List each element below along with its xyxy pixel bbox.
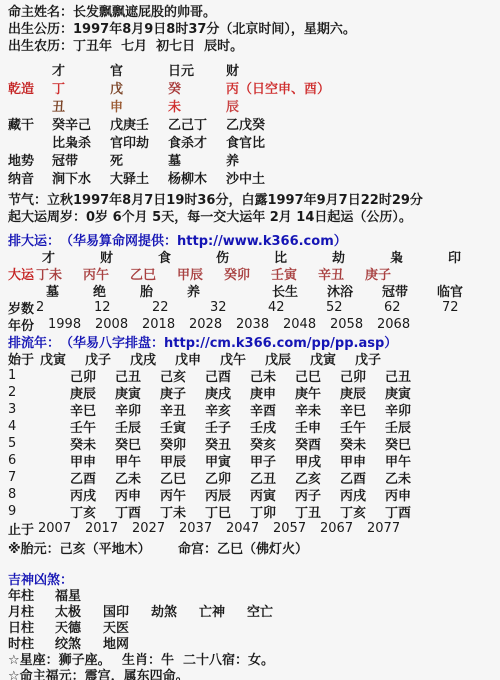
liunian-title-line: 排流年：（华易八字排盘：http://cm.k366.com/pp/pp.asp… xyxy=(8,333,500,350)
stem-cells: 丁戊癸丙（日空申、酉） xyxy=(52,78,330,97)
year-value: 1998 xyxy=(48,317,95,332)
year-value: 2068 xyxy=(377,317,424,332)
canggan-shishen: 食杀才 xyxy=(168,132,226,151)
branch: 未 xyxy=(168,96,226,115)
qiyun-line: 起大运周岁：0岁 6个月 5天，每一交大运年 2月 14日起运（公历）。 xyxy=(8,207,500,224)
canggan: 癸辛己 xyxy=(52,114,110,133)
branches-row: 丑申未辰 xyxy=(8,96,500,114)
jishen-item: 亡神 xyxy=(199,601,247,620)
mingzhu-text: ☆命主福元：震宫，属东四命。 xyxy=(8,665,189,680)
nayin: 杨柳木 xyxy=(168,168,226,187)
stems-row: 乾造丁戊癸丙（日空申、酉） xyxy=(8,78,500,96)
year-value: 2038 xyxy=(236,317,283,332)
stem: 癸 xyxy=(168,78,226,97)
liunian-end-row: 止于20072017202720372047205720672077 xyxy=(8,520,500,537)
stem: 丙（日空申、酉） xyxy=(226,78,330,97)
header-line-name: 命主姓名：长发飘飘遮屁股的帅哥。 xyxy=(8,2,500,19)
dayun-dishi: 长生 xyxy=(272,281,327,300)
age-value: 52 xyxy=(326,300,384,315)
pillar-shishen: 才 xyxy=(52,60,110,79)
header-line-lunar: 出生农历：丁丑年 七月 初七日 辰时。 xyxy=(8,36,500,53)
liunian-pillar: 丁亥 xyxy=(340,502,385,521)
dishi-cells: 冠带死墓养 xyxy=(52,150,284,169)
year-value: 2008 xyxy=(95,317,142,332)
qianzao-label: 乾造 xyxy=(8,78,52,97)
row-number: 1 xyxy=(8,368,70,383)
start-label: 始于 xyxy=(8,349,40,368)
stem: 戊 xyxy=(110,78,168,97)
dayun-dishi: 冠带 xyxy=(382,281,437,300)
canggan: 乙己丁 xyxy=(168,114,226,133)
nayin-cells: 涧下水大驿土杨柳木沙中土 xyxy=(52,168,284,187)
dishi: 冠带 xyxy=(52,150,110,169)
year-value: 2058 xyxy=(330,317,377,332)
bazi-report-page: 命主姓名：长发飘飘遮屁股的帅哥。 出生公历：1997年8月9日8时37分（北京时… xyxy=(0,0,500,680)
dishi: 死 xyxy=(110,150,168,169)
liunian-pillar: 丁亥 xyxy=(70,502,115,521)
pillar-shishen: 日元 xyxy=(168,60,226,79)
canggan-shishen: 比枭杀 xyxy=(52,132,110,151)
end-year: 2077 xyxy=(367,521,414,536)
end-year: 2067 xyxy=(320,521,367,536)
liunian-row-2: 2庚辰庚寅庚子庚戌庚申庚午庚辰庚寅 xyxy=(8,384,500,401)
stem: 丁 xyxy=(52,78,110,97)
nayin: 沙中土 xyxy=(226,168,284,187)
dishi: 墓 xyxy=(168,150,226,169)
dayun-dishi: 墓 xyxy=(46,281,93,300)
lunar-value: 丁丑年 七月 初七日 辰时。 xyxy=(73,35,243,54)
dayun-dishi: 养 xyxy=(187,281,234,300)
year-value: 2018 xyxy=(142,317,189,332)
liunian-pillar: 丁丑 xyxy=(295,502,340,521)
end-cells: 20072017202720372047205720672077 xyxy=(38,521,414,536)
dayun-dishi-cells: 墓绝胎养长生沐浴冠带临官 xyxy=(46,281,492,300)
dayun-year-row: 年份19982008201820282038204820582068 xyxy=(8,316,500,333)
end-year: 2027 xyxy=(132,521,179,536)
liunian-row-6: 6甲申甲午甲辰甲寅甲子甲戌甲申甲午 xyxy=(8,452,500,469)
liunian-cells: 丁亥丁酉丁未丁巳丁卯丁丑丁亥丁酉 xyxy=(70,502,430,521)
canggan-shishen-cells: 比枭杀官印劫食杀才食官比 xyxy=(52,132,284,151)
lunar-label: 出生农历： xyxy=(8,35,73,54)
liunian-pillar: 丁酉 xyxy=(385,502,430,521)
canggan-label: 藏干 xyxy=(8,114,52,133)
age-value: 72 xyxy=(442,300,500,315)
liunian-row-1: 1己卯己丑己亥己酉己未己巳己卯己丑 xyxy=(8,367,500,384)
dayun-dishi: 沐浴 xyxy=(327,281,382,300)
liunian-row-5: 5癸未癸巳癸卯癸丑癸亥癸酉癸未癸巳 xyxy=(8,435,500,452)
pillar-shishen: 财 xyxy=(226,60,284,79)
year-value: 2028 xyxy=(189,317,236,332)
dishi: 养 xyxy=(226,150,284,169)
row-number: 2 xyxy=(8,385,70,400)
liunian-pillar: 丁卯 xyxy=(250,502,295,521)
nayin-label: 纳音 xyxy=(8,168,52,187)
nayin-row: 纳音涧下水大驿土杨柳木沙中土 xyxy=(8,168,500,186)
row-number: 3 xyxy=(8,402,70,417)
dayun-dishi-row: 墓绝胎养长生沐浴冠带临官 xyxy=(8,282,500,299)
nayin: 大驿土 xyxy=(110,168,168,187)
jieqi-line: 节气：立秋1997年8月7日19时36分，白露1997年9月7日22时29分 xyxy=(8,190,500,207)
branch: 丑 xyxy=(52,96,110,115)
liunian-pillar: 丁未 xyxy=(160,502,205,521)
liunian-row-7: 7乙酉乙未乙巳乙卯乙丑乙亥乙酉乙未 xyxy=(8,469,500,486)
dayun-shishen-row: 才财食伤比劫枭印 xyxy=(8,248,500,265)
canggan-row: 藏干癸辛己戊庚壬乙己丁乙戊癸 xyxy=(8,114,500,132)
year-cells: 19982008201820282038204820582068 xyxy=(48,317,424,332)
header-line-gregorian: 出生公历：1997年8月9日8时37分（北京时间），星期六。 xyxy=(8,19,500,36)
pillar-shishen-row: 才官日元财 xyxy=(8,60,500,78)
year-value: 2048 xyxy=(283,317,330,332)
pillar-shishen: 官 xyxy=(110,60,168,79)
end-year: 2007 xyxy=(38,521,85,536)
age-value: 2 xyxy=(36,300,94,315)
minggong-text: 命宫：乙巳（佛灯火） xyxy=(178,538,308,557)
end-year: 2047 xyxy=(226,521,273,536)
age-cells: 212223242526272 xyxy=(36,300,500,315)
age-value: 42 xyxy=(268,300,326,315)
end-year: 2057 xyxy=(273,521,320,536)
canggan: 乙戊癸 xyxy=(226,114,284,133)
row-number: 8 xyxy=(8,487,70,502)
dayun-label: 大运 xyxy=(8,264,36,283)
dayun-title-line: 排大运：（华易算命网提供：http://www.k366.com） xyxy=(8,231,500,248)
row-number: 6 xyxy=(8,453,70,468)
end-label: 止于 xyxy=(8,519,38,538)
mingzhu-line: ☆命主福元：震宫，属东四命。 xyxy=(8,666,500,680)
dayun-dishi: 胎 xyxy=(140,281,187,300)
pillar-shishen-cells: 才官日元财 xyxy=(52,60,284,79)
canggan-shishen: 食官比 xyxy=(226,132,284,151)
row-number: 4 xyxy=(8,419,70,434)
dishi-label: 地势 xyxy=(8,150,52,169)
jishen-item: 劫煞 xyxy=(151,601,199,620)
taiyuan-line: ※胎元：己亥（平地木）命宫：乙巳（佛灯火） xyxy=(8,539,500,556)
dayun-age-row: 岁数212223242526272 xyxy=(8,299,500,316)
liunian-pillar: 丁巳 xyxy=(205,502,250,521)
end-year: 2037 xyxy=(179,521,226,536)
liunian-row-8: 8丙戌丙申丙午丙辰丙寅丙子丙戌丙申 xyxy=(8,486,500,503)
row-number: 9 xyxy=(8,504,70,519)
nayin: 涧下水 xyxy=(52,168,110,187)
dayun-dishi: 绝 xyxy=(93,281,140,300)
liunian-start-row: 始于戊寅戊子戊戌戊申戊午戊辰戊寅戊子 xyxy=(8,350,500,367)
branch: 辰 xyxy=(226,96,284,115)
dayun-shishen: 印 xyxy=(448,247,500,266)
age-value: 12 xyxy=(94,300,152,315)
jishen-item: 空亡 xyxy=(247,601,295,620)
liunian-row-9: 9丁亥丁酉丁未丁巳丁卯丁丑丁亥丁酉 xyxy=(8,503,500,520)
age-value: 32 xyxy=(210,300,268,315)
row-number: 7 xyxy=(8,470,70,485)
liunian-pillar: 丁酉 xyxy=(115,502,160,521)
canggan-shishen-row: 比枭杀官印劫食杀才食官比 xyxy=(8,132,500,150)
canggan-shishen: 官印劫 xyxy=(110,132,168,151)
canggan-cells: 癸辛己戊庚壬乙己丁乙戊癸 xyxy=(52,114,284,133)
row-number: 5 xyxy=(8,436,70,451)
dayun-dishi: 临官 xyxy=(437,281,492,300)
canggan: 戊庚壬 xyxy=(110,114,168,133)
age-value: 62 xyxy=(384,300,442,315)
branch: 申 xyxy=(110,96,168,115)
qiyun-text: 起大运周岁：0岁 6个月 5天，每一交大运年 2月 14日起运（公历）。 xyxy=(8,206,412,225)
age-value: 22 xyxy=(152,300,210,315)
taiyuan-text: ※胎元：己亥（平地木） xyxy=(8,538,178,557)
end-year: 2017 xyxy=(85,521,132,536)
liunian-row-4: 4壬午壬辰壬寅壬子壬戌壬申壬午壬辰 xyxy=(8,418,500,435)
liunian-row-3: 3辛巳辛卯辛丑辛亥辛酉辛未辛巳辛卯 xyxy=(8,401,500,418)
dishi-row: 地势冠带死墓养 xyxy=(8,150,500,168)
dayun-pillars-row: 大运丁未丙午乙巳甲辰癸卯壬寅辛丑庚子 xyxy=(8,265,500,282)
branch-cells: 丑申未辰 xyxy=(52,96,284,115)
